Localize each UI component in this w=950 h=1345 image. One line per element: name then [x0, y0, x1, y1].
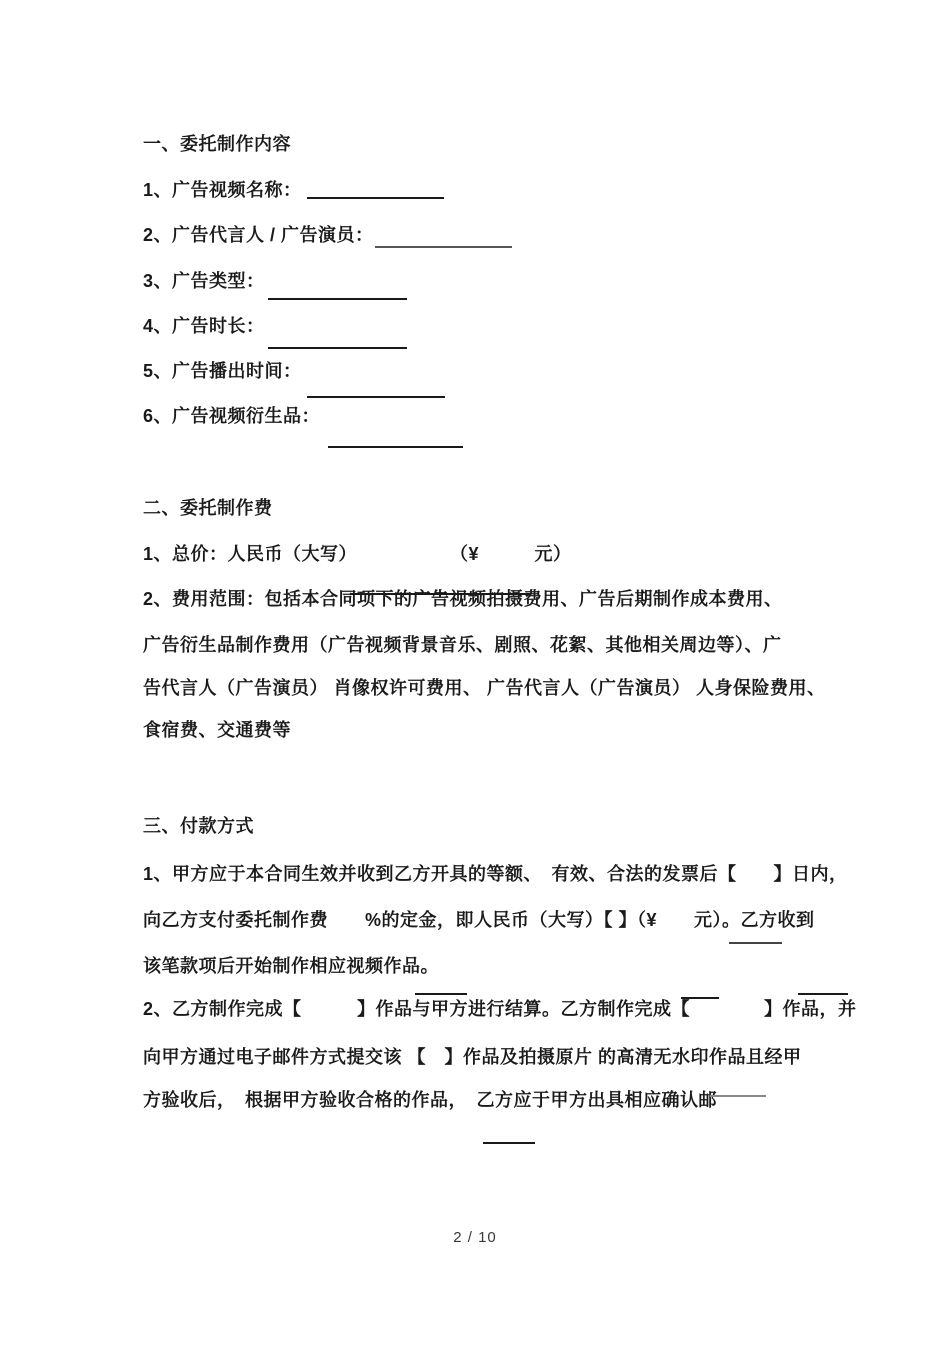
- item-ad-type: 3、广告类型：: [143, 267, 265, 293]
- blank-line-ad-type: [268, 298, 407, 300]
- blank-line-confirm-mail: [710, 1095, 766, 1097]
- line-total-price: 1、总价：人民币（大写） （¥ 元）: [143, 540, 572, 566]
- overline-bracket-blank: [681, 997, 719, 999]
- line-fee-scope-4: 食宿费、交通费等: [143, 716, 291, 742]
- section3-heading: 三、付款方式: [143, 812, 254, 838]
- blank-line-ad-duration: [268, 347, 407, 349]
- line-payment-2c: 方验收后， 根据甲方验收合格的作品， 乙方应于甲方出具相应确认邮: [143, 1086, 717, 1112]
- line-fee-scope-2: 广告衍生品制作费用（广告视频背景音乐、剧照、花絮、其他相关周边等）、广: [143, 631, 782, 657]
- line-payment-2a: 2、乙方制作完成【 】作品与甲方进行结算。乙方制作完成【 】作品，并: [143, 995, 857, 1021]
- section1-heading: 一、委托制作内容: [143, 130, 291, 156]
- document-page: 一、委托制作内容 1、广告视频名称： 2、广告代言人 / 广告演员： 3、广告类…: [0, 0, 950, 1345]
- item-ad-broadcast-time: 5、广告播出时间：: [143, 357, 302, 383]
- blank-line-broadcast-time: [307, 396, 445, 398]
- blank-line-derivative: [328, 446, 463, 448]
- item-ad-duration: 4、广告时长：: [143, 312, 265, 338]
- blank-line-deposit: [729, 942, 782, 944]
- line-payment-2b: 向甲方通过电子邮件方式提交该 【 】作品及拍摄原片 的高清无水印作品且经甲: [143, 1043, 802, 1069]
- strike-line-fee-scope: [350, 593, 530, 595]
- item-ad-spokesperson: 2、广告代言人 / 广告演员：: [143, 221, 374, 247]
- blank-line-spokesperson: [375, 246, 512, 248]
- overline-settlement: [415, 993, 467, 995]
- blank-line-receipt: [483, 1142, 535, 1144]
- page-number: 2 / 10: [0, 1229, 950, 1246]
- item-ad-derivative: 6、广告视频衍生品：: [143, 402, 320, 428]
- line-payment-1b: 向乙方支付委托制作费 %的定金，即人民币（大写）【 】（¥ 元）。乙方收到: [143, 906, 815, 932]
- overline-works: [798, 993, 848, 995]
- item-ad-video-name: 1、广告视频名称：: [143, 176, 302, 202]
- line-fee-scope-1: 2、费用范围：包括本合同项下的广告视频拍摄费用、广告后期制作成本费用、: [143, 585, 783, 611]
- section2-heading: 二、委托制作费: [143, 494, 273, 520]
- line-payment-1a: 1、甲方应于本合同生效并收到乙方开具的等额、 有效、合法的发票后【 】日内，: [143, 860, 848, 886]
- blank-line-video-name: [307, 197, 444, 199]
- line-fee-scope-3: 告代言人（广告演员） 肖像权许可费用、 广告代言人（广告演员） 人身保险费用、: [143, 674, 826, 700]
- line-payment-1c: 该笔款项后开始制作相应视频作品。: [143, 952, 439, 978]
